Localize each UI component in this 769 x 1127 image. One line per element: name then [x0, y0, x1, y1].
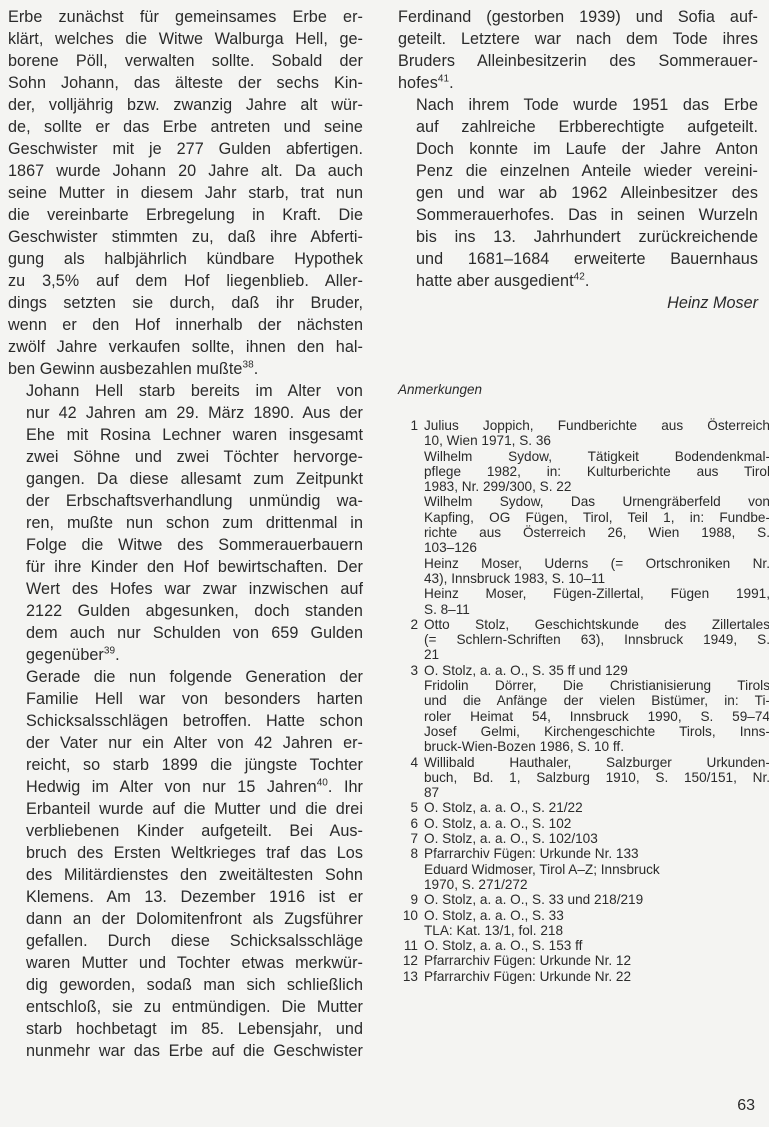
text-line: dem auch nur Schulden von 659 Gulden: [8, 622, 363, 644]
footnote-number: 2: [398, 617, 424, 663]
text-line: Ehe mit Rosina Lechner waren insgesamt: [8, 424, 363, 446]
footnote-item: 4Willibald Hauthaler, Salzburger Urkunde…: [398, 755, 769, 801]
text-line: geteilt. Letztere war nach dem Tode ihre…: [398, 28, 758, 50]
text-line: hofes41.: [398, 72, 758, 94]
footnotes-list: 1Julius Joppich, Fundberichte aus Österr…: [398, 418, 769, 984]
footnote-item: 13Pfarrarchiv Fügen: Urkunde Nr. 22: [398, 969, 769, 984]
text-line: bis ins 13. Jahrhundert zurückreichende: [398, 226, 758, 248]
text-line: hatte aber ausgedient42.: [398, 270, 758, 292]
footnote-number: 6: [398, 816, 424, 831]
footnote-text: Willibald Hauthaler, Salzburger Urkunden…: [424, 755, 769, 801]
text-line: dings setzten sie durch, daß ihr Bruder,: [8, 292, 363, 314]
footnote-item: 6O. Stolz, a. a. O., S. 102: [398, 816, 769, 831]
footnote-item: 3O. Stolz, a. a. O., S. 35 ff und 129Fri…: [398, 663, 769, 755]
footnote-item: 9O. Stolz, a. a. O., S. 33 und 218/219: [398, 892, 769, 907]
text-line: gangen. Da diese allesamt zum Zeitpunkt: [8, 468, 363, 490]
text-line: gegenüber39.: [8, 644, 363, 666]
footnote-item: 12Pfarrarchiv Fügen: Urkunde Nr. 12: [398, 953, 769, 968]
footnote-reference: 39: [104, 646, 115, 657]
author-signature: Heinz Moser: [398, 292, 758, 314]
footnote-text: Otto Stolz, Geschichtskunde des Zillerta…: [424, 617, 769, 663]
text-line: Geschwister stimmten zu, daß ihre Abfert…: [8, 226, 363, 248]
text-line: Gerade die nun folgende Generation der: [8, 666, 363, 688]
text-line: dig geworden, sodaß man sich schließlich: [8, 974, 363, 996]
footnote-item: 8Pfarrarchiv Fügen: Urkunde Nr. 133Eduar…: [398, 846, 769, 892]
footnote-number: 7: [398, 831, 424, 846]
footnote-text: O. Stolz, a. a. O., S. 35 ff und 129Frid…: [424, 663, 769, 755]
paragraph-inheritance-rules: Erbe zunächst für gemeinsames Erbe er-kl…: [8, 6, 363, 380]
text-line: zwölf Jahre verkaufen sollte, ihnen den …: [8, 336, 363, 358]
text-line: seine Mutter in diesem Jahr starb, trat …: [8, 182, 363, 204]
text-line: Johann Hell starb bereits im Alter von: [8, 380, 363, 402]
text-line: bruch des Ersten Weltkrieges traf das Lo…: [8, 842, 363, 864]
text-line: Folge die Witwe des Sommerauerbauern: [8, 534, 363, 556]
text-line: gung als halbjährlich kündbare Hypothek: [8, 248, 363, 270]
text-line: Geschwister mit je 277 Gulden abfertigen…: [8, 138, 363, 160]
text-line: dann an der Dolomitenfront als Zugsführe…: [8, 908, 363, 930]
text-line: der, volljährig bzw. zwanzig Jahre alt w…: [8, 94, 363, 116]
footnote-text: O. Stolz, a. a. O., S. 33 und 218/219: [424, 892, 769, 907]
text-line: der Erbschaftsverhandlung unmündig wa-: [8, 490, 363, 512]
notes-heading: Anmerkungen: [398, 382, 482, 397]
footnote-number: 11: [398, 938, 424, 953]
footnote-item: 5O. Stolz, a. a. O., S. 21/22: [398, 800, 769, 815]
footnote-number: 9: [398, 892, 424, 907]
footnote-reference: 40: [317, 778, 328, 789]
text-line: Penz die einzelnen Anteile wieder verein…: [398, 160, 758, 182]
footnote-reference: 38: [242, 360, 253, 371]
footnote-item: 10O. Stolz, a. a. O., S. 33TLA: Kat. 13/…: [398, 908, 769, 939]
text-line: verbliebenen Kinder aufgeteilt. Bei Aus-: [8, 820, 363, 842]
text-line: Wert des Hofes war zwar inzwischen auf: [8, 578, 363, 600]
text-line: waren Mutter und Tochter etwas merkwür-: [8, 952, 363, 974]
footnote-item: 2Otto Stolz, Geschichtskunde des Zillert…: [398, 617, 769, 663]
text-line: Klemens. Am 13. Dezember 1916 ist er: [8, 886, 363, 908]
text-line: wenn er den Hof innerhalb der nächsten: [8, 314, 363, 336]
footnote-number: 4: [398, 755, 424, 801]
footnote-item: 11O. Stolz, a. a. O., S. 153 ff: [398, 938, 769, 953]
paragraph-ferdinand-sofia: Ferdinand (gestorben 1939) und Sofia auf…: [398, 6, 758, 94]
footnote-reference: 42: [574, 272, 585, 283]
text-line: Schicksalsschlägen betroffen. Hatte scho…: [8, 710, 363, 732]
footnote-text: O. Stolz, a. a. O., S. 33TLA: Kat. 13/1,…: [424, 908, 769, 939]
text-line: ben Gewinn ausbezahlen mußte38.: [8, 358, 363, 380]
text-line: reicht, so starb 1899 die jüngste Tochte…: [8, 754, 363, 776]
text-line: Familie Hell war von besonders harten: [8, 688, 363, 710]
footnote-text: Pfarrarchiv Fügen: Urkunde Nr. 133Eduard…: [424, 846, 769, 892]
page-number: 63: [737, 1097, 755, 1115]
footnote-number: 1: [398, 418, 424, 617]
text-line: auf zahlreiche Erbberechtigte aufgeteilt…: [398, 116, 758, 138]
footnote-number: 3: [398, 663, 424, 755]
text-line: zu 3,5% auf dem Hof liegenblieb. Aller-: [8, 270, 363, 292]
text-line: starb hochbetagt im 85. Lebensjahr, und: [8, 1018, 363, 1040]
footnote-number: 13: [398, 969, 424, 984]
text-line: gen und war ab 1962 Alleinbesitzer des: [398, 182, 758, 204]
paragraph-anton-penz: Nach ihrem Tode wurde 1951 das Erbeauf z…: [398, 94, 758, 292]
text-line: Nach ihrem Tode wurde 1951 das Erbe: [398, 94, 758, 116]
text-line: Erbe zunächst für gemeinsames Erbe er-: [8, 6, 363, 28]
text-line: nur 42 Jahren am 29. März 1890. Aus der: [8, 402, 363, 424]
text-line: des Militärdienstes den zweitältesten So…: [8, 864, 363, 886]
text-line: zwei Söhne und zwei Töchter hervorge-: [8, 446, 363, 468]
footnote-number: 10: [398, 908, 424, 939]
text-line: Doch konnte im Laufe der Jahre Anton: [398, 138, 758, 160]
footnote-text: Pfarrarchiv Fügen: Urkunde Nr. 22: [424, 969, 769, 984]
footnote-text: O. Stolz, a. a. O., S. 102/103: [424, 831, 769, 846]
footnote-text: O. Stolz, a. a. O., S. 153 ff: [424, 938, 769, 953]
text-line: 1867 wurde Johann 20 Jahre alt. Da auch: [8, 160, 363, 182]
document-page: Erbe zunächst für gemeinsames Erbe er-kl…: [0, 0, 769, 1127]
paragraph-next-generation: Gerade die nun folgende Generation derFa…: [8, 666, 363, 1062]
text-line: Erbanteil wurde auf die Mutter und die d…: [8, 798, 363, 820]
text-line: borene Pöll, verwalten sollte. Sobald de…: [8, 50, 363, 72]
text-line: Sommerauerhofes. Das in seinen Wurzeln: [398, 204, 758, 226]
text-line: Bruders Alleinbesitzerin des Sommerauer-: [398, 50, 758, 72]
right-column: Ferdinand (gestorben 1939) und Sofia auf…: [398, 6, 758, 1106]
footnote-item: 1Julius Joppich, Fundberichte aus Österr…: [398, 418, 769, 617]
footnote-text: O. Stolz, a. a. O., S. 21/22: [424, 800, 769, 815]
text-line: der Vater nur ein Alter von 42 Jahren er…: [8, 732, 363, 754]
text-line: ren, mußte nun schon zum drittenmal in: [8, 512, 363, 534]
footnote-text: O. Stolz, a. a. O., S. 102: [424, 816, 769, 831]
text-line: die vereinbarte Erbregelung in Kraft. Di…: [8, 204, 363, 226]
text-line: gefallen. Durch diese Schicksalsschläge: [8, 930, 363, 952]
left-column: Erbe zunächst für gemeinsames Erbe er-kl…: [8, 6, 363, 1062]
text-line: und 1681–1684 erweiterte Bauernhaus: [398, 248, 758, 270]
text-line: nunmehr war das Erbe auf die Geschwister: [8, 1040, 363, 1062]
text-line: Hedwig im Alter von nur 15 Jahren40. Ihr: [8, 776, 363, 798]
text-line: 2122 Gulden abgesunken, doch standen: [8, 600, 363, 622]
text-line: für ihre Kinder den Hof bewirtschaften. …: [8, 556, 363, 578]
footnote-number: 12: [398, 953, 424, 968]
paragraph-johann-hell: Johann Hell starb bereits im Alter vonnu…: [8, 380, 363, 666]
footnote-number: 5: [398, 800, 424, 815]
footnote-text: Pfarrarchiv Fügen: Urkunde Nr. 12: [424, 953, 769, 968]
footnote-reference: 41: [438, 74, 449, 85]
text-line: klärt, welches die Witwe Walburga Hell, …: [8, 28, 363, 50]
text-line: Sohn Johann, das älteste der sechs Kin-: [8, 72, 363, 94]
footnote-item: 7O. Stolz, a. a. O., S. 102/103: [398, 831, 769, 846]
text-line: de, sollte er das Erbe antreten und sein…: [8, 116, 363, 138]
text-line: Ferdinand (gestorben 1939) und Sofia auf…: [398, 6, 758, 28]
footnote-number: 8: [398, 846, 424, 892]
footnote-text: Julius Joppich, Fundberichte aus Österre…: [424, 418, 769, 617]
text-line: entschloß, sie zu entmündigen. Die Mutte…: [8, 996, 363, 1018]
